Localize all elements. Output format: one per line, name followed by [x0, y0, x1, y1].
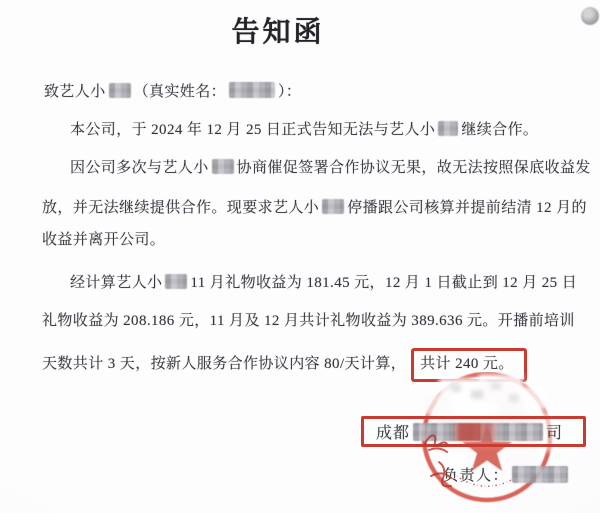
censored-text [322, 199, 344, 214]
censored-text [165, 274, 187, 289]
letter-page: 告知函 致艺人小（真实姓名：）：本公司，于 2024 年 12 月 25 日正式… [0, 0, 600, 513]
text-segment: 礼物收益为 208.186 元，11 月及 12 月共计礼物收益为 389.63… [42, 313, 575, 329]
text-segment: 本公司，于 2024 年 12 月 25 日正式告知无法与艺人小 [70, 122, 435, 138]
text-segment: 放，并无法继续提供合作。现要求艺人小 [42, 200, 319, 216]
text-segment: 天数共计 3 天，按新人服务合作协议内容 80/天计算， [42, 356, 406, 372]
letter-line-p3-l1: 经计算艺人小11 月礼物收益为 181.45 元，12 月 1 日截止到 12 … [70, 273, 577, 294]
censored-text [512, 466, 568, 483]
text-segment: ）： [278, 84, 301, 100]
censored-text [109, 83, 131, 98]
letter-line-p2-l1: 因公司多次与艺人小协商催促签署合作协议无果，故无法按照保底收益发 [70, 158, 591, 179]
letter-line-p1-l1: 本公司，于 2024 年 12 月 25 日正式告知无法与艺人小继续合作。 [70, 120, 538, 141]
text-segment: （真实姓名： [134, 84, 226, 100]
text-segment: 11 月礼物收益为 181.45 元，12 月 1 日截止到 12 月 25 日 [190, 275, 577, 291]
text-segment: 收益并离开公司。 [42, 232, 165, 248]
letter-line-greeting: 致艺人小（真实姓名：）： [44, 82, 301, 103]
letter-line-p2-l2: 放，并无法继续提供合作。现要求艺人小停播跟公司核算并提前结清 12 月的 [42, 198, 587, 219]
letter-line-p2-l3: 收益并离开公司。 [42, 230, 165, 251]
handwritten-signature-scribble [413, 428, 483, 503]
text-segment: 因公司多次与艺人小 [70, 160, 209, 176]
text-segment: 继续合作。 [461, 122, 538, 138]
censored-text [212, 159, 234, 174]
text-segment: 协商催促签署合作协议无果，故无法按照保底收益发 [237, 160, 591, 176]
censored-text [229, 82, 275, 98]
letter-line-p3-l2: 礼物收益为 208.186 元，11 月及 12 月共计礼物收益为 389.63… [42, 311, 575, 332]
text-segment: 成都 [376, 420, 410, 443]
text-segment: 经计算艺人小 [70, 275, 162, 291]
text-segment: 致艺人小 [44, 84, 106, 100]
censored-text [438, 121, 458, 136]
text-segment: 停播跟公司核算并提前结清 12 月的 [347, 200, 587, 216]
text-segment: 司 [546, 420, 563, 443]
